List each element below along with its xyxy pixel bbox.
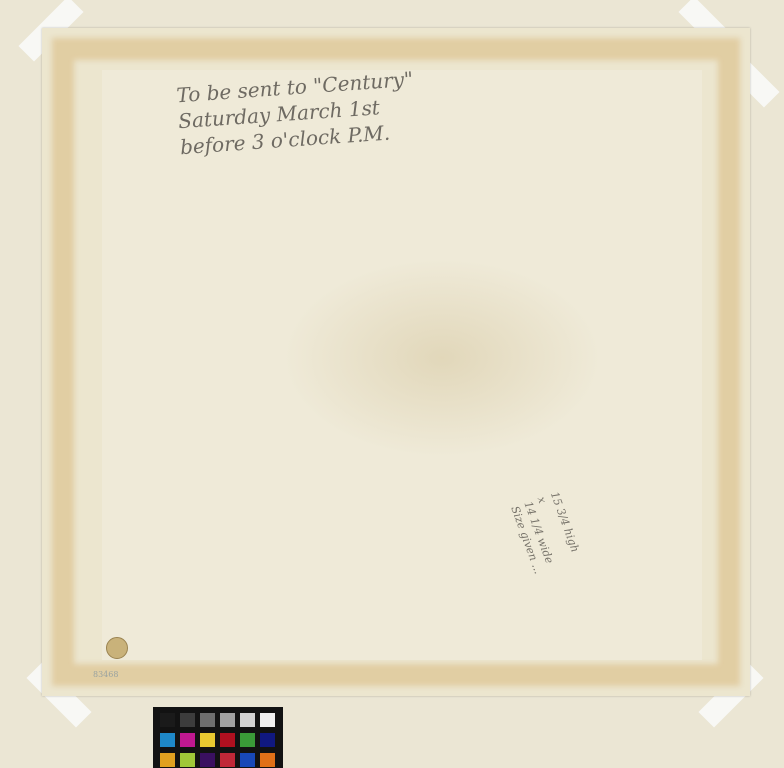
color-patch — [200, 713, 215, 727]
color-patch — [240, 753, 255, 767]
color-patch — [220, 733, 235, 747]
center-stain — [282, 258, 602, 458]
color-patch — [160, 733, 175, 747]
color-patch — [260, 733, 275, 747]
color-patch — [160, 713, 175, 727]
pencil-inscription-top: To be sent to "Century" Saturday March 1… — [176, 66, 418, 160]
color-patch — [220, 753, 235, 767]
inventory-mark: 83468 — [93, 670, 118, 679]
color-patch — [220, 713, 235, 727]
color-patch — [260, 713, 275, 727]
color-patch — [180, 713, 195, 727]
color-patch — [200, 753, 215, 767]
collector-stamp-icon — [106, 637, 128, 659]
mount-board: To be sent to "Century" Saturday March 1… — [0, 0, 784, 768]
color-patch — [180, 753, 195, 767]
color-patch — [240, 713, 255, 727]
color-patch — [160, 753, 175, 767]
color-patch — [200, 733, 215, 747]
color-patch — [180, 733, 195, 747]
color-calibration-target — [153, 707, 283, 768]
color-patch — [260, 753, 275, 767]
color-patch — [240, 733, 255, 747]
